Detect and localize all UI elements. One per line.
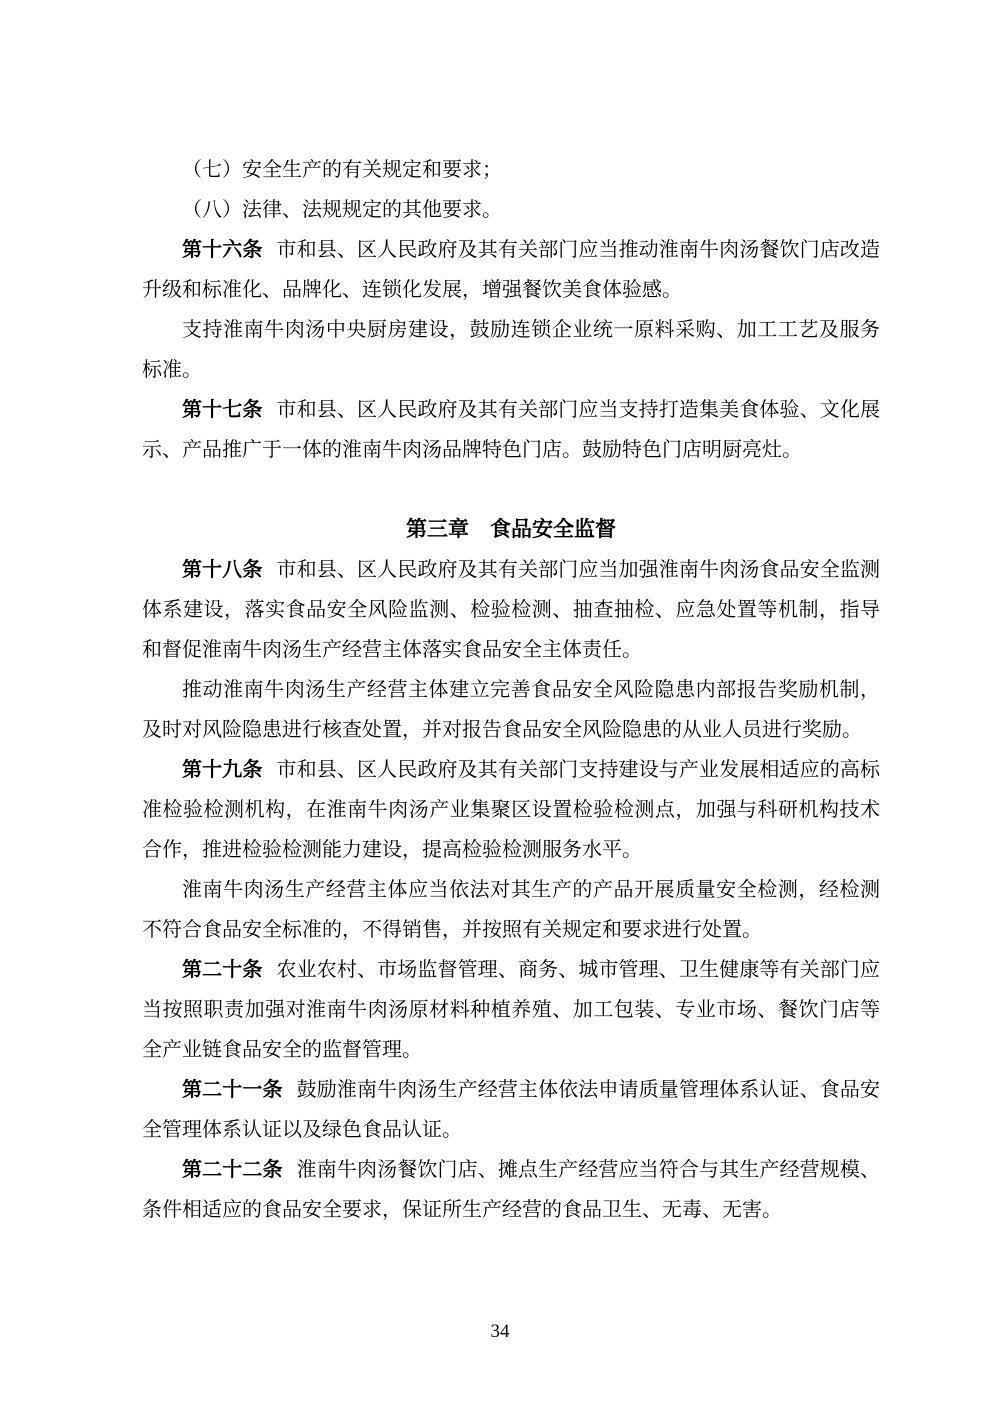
paragraph: 第十七条市和县、区人民政府及其有关部门应当支持打造集美食体验、文化展示、产品推广… xyxy=(142,390,880,470)
article-number: 第十六条 xyxy=(182,239,263,261)
paragraph-text: （八）法律、法规规定的其他要求。 xyxy=(182,199,502,221)
article-number: 第二十一条 xyxy=(182,1079,283,1101)
document-body: （七）安全生产的有关规定和要求；（八）法律、法规规定的其他要求。第十六条市和县、… xyxy=(142,150,880,1230)
paragraph-text: （七）安全生产的有关规定和要求； xyxy=(182,159,502,181)
paragraph: 推动淮南牛肉汤生产经营主体建立完善食品安全风险隐患内部报告奖励机制，及时对风险隐… xyxy=(142,670,880,750)
paragraph-text: 推动淮南牛肉汤生产经营主体建立完善食品安全风险隐患内部报告奖励机制，及时对风险隐… xyxy=(142,679,880,741)
article-number: 第十七条 xyxy=(182,399,263,421)
paragraph: 第二十一条鼓励淮南牛肉汤生产经营主体依法申请质量管理体系认证、食品安全管理体系认… xyxy=(142,1070,880,1150)
paragraph-text: 淮南牛肉汤生产经营主体应当依法对其生产的产品开展质量安全检测，经检测不符合食品安… xyxy=(142,879,880,941)
paragraph: 淮南牛肉汤生产经营主体应当依法对其生产的产品开展质量安全检测，经检测不符合食品安… xyxy=(142,870,880,950)
article-number: 第十八条 xyxy=(182,559,263,581)
paragraph: 第十六条市和县、区人民政府及其有关部门应当推动淮南牛肉汤餐饮门店改造升级和标准化… xyxy=(142,230,880,310)
paragraph: 支持淮南牛肉汤中央厨房建设，鼓励连锁企业统一原料采购、加工工艺及服务标准。 xyxy=(142,310,880,390)
paragraph: 第二十二条淮南牛肉汤餐饮门店、摊点生产经营应当符合与其生产经营规模、条件相适应的… xyxy=(142,1150,880,1230)
paragraph: 第十八条市和县、区人民政府及其有关部门应当加强淮南牛肉汤食品安全监测体系建设，落… xyxy=(142,550,880,670)
paragraph: 第二十条农业农村、市场监督管理、商务、城市管理、卫生健康等有关部门应当按照职责加… xyxy=(142,950,880,1070)
document-page: （七）安全生产的有关规定和要求；（八）法律、法规规定的其他要求。第十六条市和县、… xyxy=(0,0,1000,1415)
paragraph-text: 支持淮南牛肉汤中央厨房建设，鼓励连锁企业统一原料采购、加工工艺及服务标准。 xyxy=(142,319,880,381)
article-number: 第二十二条 xyxy=(182,1159,283,1181)
chapter-heading: 第三章 食品安全监督 xyxy=(142,510,880,550)
paragraph: （七）安全生产的有关规定和要求； xyxy=(142,150,880,190)
paragraph: 第十九条市和县、区人民政府及其有关部门支持建设与产业发展相适应的高标准检验检测机… xyxy=(142,750,880,870)
chapter-title-text: 第三章 食品安全监督 xyxy=(406,518,616,541)
paragraph: （八）法律、法规规定的其他要求。 xyxy=(142,190,880,230)
article-number: 第二十条 xyxy=(182,959,263,981)
page-number: 34 xyxy=(0,1320,1000,1344)
article-number: 第十九条 xyxy=(182,759,263,781)
